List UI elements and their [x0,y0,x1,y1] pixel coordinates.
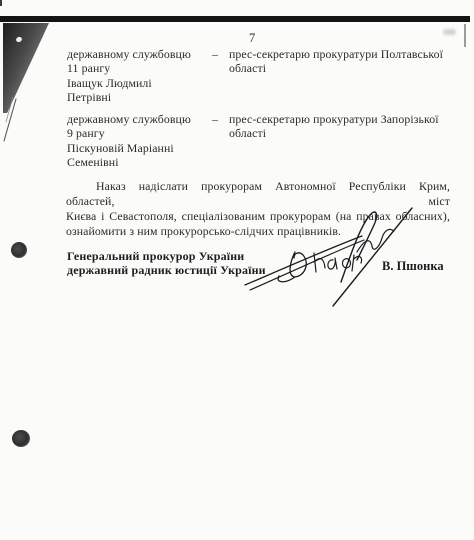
scan-right-tick-mark [464,24,466,47]
assignment-1-dash: – [212,47,218,61]
assignment-2-recipient: державному службовцю 9 рангу Піскуновій … [67,112,217,170]
page-number: 7 [249,31,255,46]
scan-edge-line [0,16,470,22]
page-crease-lines [0,90,30,150]
assignment-2-position: прес-секретарю прокуратури Запорізької о… [229,112,467,141]
signer-name: В. Пшонка [382,259,444,274]
position-line: області [229,61,467,75]
position-line: прес-секретарю прокуратури Полтавської [229,47,467,61]
recipient-line: 9 рангу [67,126,217,140]
recipient-line: Петрівні [67,90,217,104]
assignment-2-dash: – [212,112,218,126]
recipient-line: 11 рангу [67,61,217,75]
handwritten-signature-icon [233,202,428,310]
punch-hole-mark-bottom [12,430,30,447]
position-line: прес-секретарю прокуратури Запорізької [229,112,467,126]
scan-corner-mark [0,0,2,6]
recipient-line: державному службовцю [67,112,217,126]
recipient-line: Іващук Людмилі [67,76,217,90]
recipient-line: Семенівні [67,155,217,169]
scan-smudge [443,29,456,35]
assignment-1-recipient: державному службовцю 11 рангу Іващук Люд… [67,47,217,105]
assignment-1-position: прес-секретарю прокуратури Полтавської о… [229,47,467,76]
punch-hole-mark-top [11,242,27,258]
position-line: області [229,126,467,140]
scanned-document-page: 7 державному службовцю 11 рангу Іващук Л… [0,0,474,540]
recipient-line: Піскуновій Маріанні [67,141,217,155]
recipient-line: державному службовцю [67,47,217,61]
